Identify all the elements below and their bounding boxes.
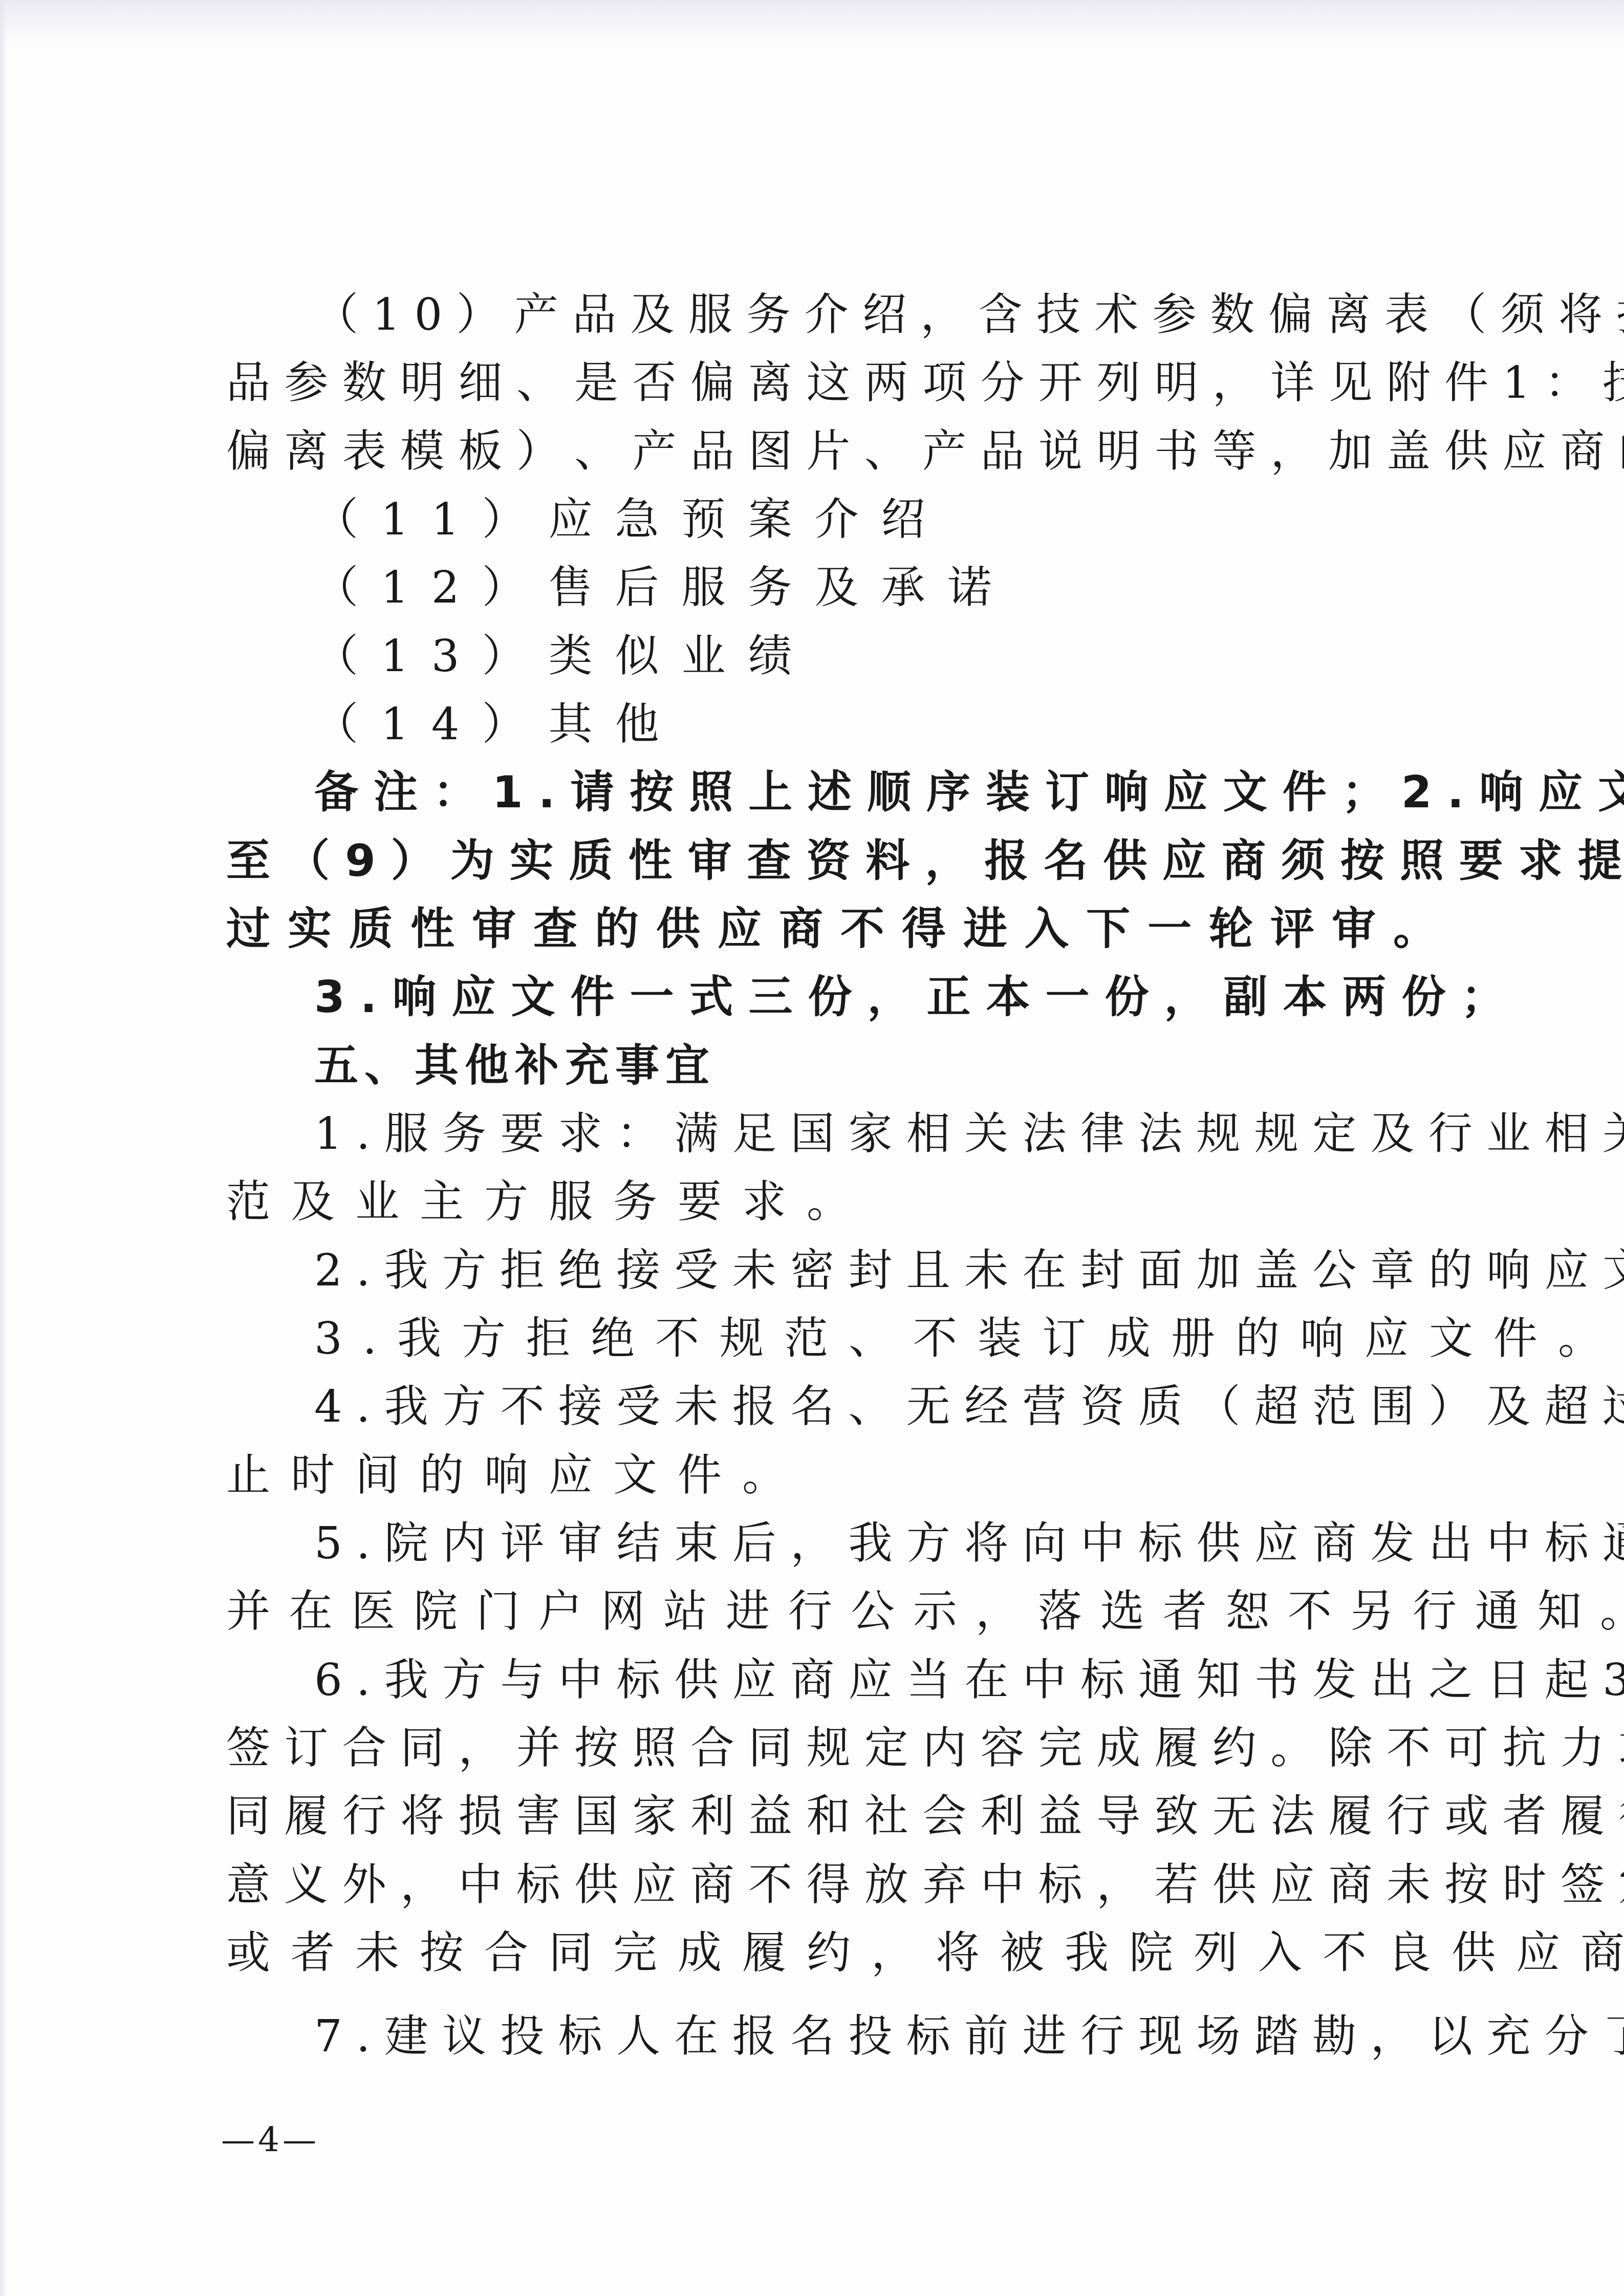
item-11: （11）应急预案介绍	[314, 489, 1413, 550]
clause-5-line-2: 并在医院门户网站进行公示，落选者恕不另行通知。	[226, 1581, 1413, 1642]
clause-1-line-1: 1 . 服 务 要 求 ： 满 足 国 家 相 关 法 律 法 规 规 定 及 …	[314, 1103, 1413, 1165]
page-number: —4—	[221, 2119, 319, 2160]
clause-4-line-1: 4 . 我 方 不 接 受 未 报 名 、 无 经 营 资 质 （ 超 范 围 …	[314, 1376, 1413, 1437]
remarks-line-4: 3.响应文件一式三份，正本一份，副本两份；	[314, 967, 1413, 1028]
remarks-line-1: 备 注 ： 1 . 请 按 照 上 述 顺 序 装 订 响 应 文 件 ； 2 …	[314, 762, 1413, 823]
document-page: （ 1 0 ） 产 品 及 服 务 介 绍 ， 含 技 术 参 数 偏 离 表 …	[0, 0, 1624, 2296]
clause-6-line-4: 意 义 外 ， 中 标 供 应 商 不 得 放 弃 中 标 ， 若 供 应 商 …	[226, 1854, 1413, 1916]
item-13: （13）类似业绩	[314, 626, 1413, 687]
item-10-line-3: 偏 离 表 模 板 ） 、 产 品 图 片 、 产 品 说 明 书 等 ， 加 …	[226, 421, 1413, 482]
clause-6-line-3: 同 履 行 将 损 害 国 家 利 益 和 社 会 利 益 导 致 无 法 履 …	[226, 1786, 1413, 1847]
section-five-heading: 五、其他补充事宜	[314, 1035, 1413, 1097]
clause-3: 3.我方拒绝不规范、不装订成册的响应文件。	[314, 1308, 1413, 1369]
item-14: （14）其他	[314, 694, 1413, 755]
remarks-line-3: 过实质性审查的供应商不得进入下一轮评审。	[226, 898, 1413, 960]
item-10-line-1: （ 1 0 ） 产 品 及 服 务 介 绍 ， 含 技 术 参 数 偏 离 表 …	[314, 284, 1413, 346]
item-12: （12）售后服务及承诺	[314, 557, 1413, 618]
clause-4-line-2: 止时间的响应文件。	[226, 1445, 1413, 1506]
clause-6-line-5: 或者未按合同完成履约，将被我院列入不良供应商名单。	[226, 1922, 1413, 1984]
clause-1-line-2: 范及业主方服务要求。	[226, 1171, 1413, 1233]
clause-5-line-1: 5 . 院 内 评 审 结 束 后 ， 我 方 将 向 中 标 供 应 商 发 …	[314, 1513, 1413, 1574]
remarks-line-2: 至 （ 9 ） 为 实 质 性 审 查 资 料 ， 报 名 供 应 商 须 按 …	[226, 830, 1413, 892]
clause-6-line-1: 6 . 我 方 与 中 标 供 应 商 应 当 在 中 标 通 知 书 发 出 …	[314, 1649, 1413, 1711]
clause-2: 2 . 我 方 拒 绝 接 受 未 密 封 且 未 在 封 面 加 盖 公 章 …	[314, 1240, 1384, 1301]
clause-7-line-1: 7 . 建 议 投 标 人 在 报 名 投 标 前 进 行 现 场 踏 勘 ， …	[314, 2006, 1413, 2067]
item-10-line-2: 品 参 数 明 细 、 是 否 偏 离 这 两 项 分 开 列 明 ， 详 见 …	[226, 352, 1413, 414]
clause-6-line-2: 签 订 合 同 ， 并 按 照 合 同 规 定 内 容 完 成 履 约 。 除 …	[226, 1718, 1413, 1779]
